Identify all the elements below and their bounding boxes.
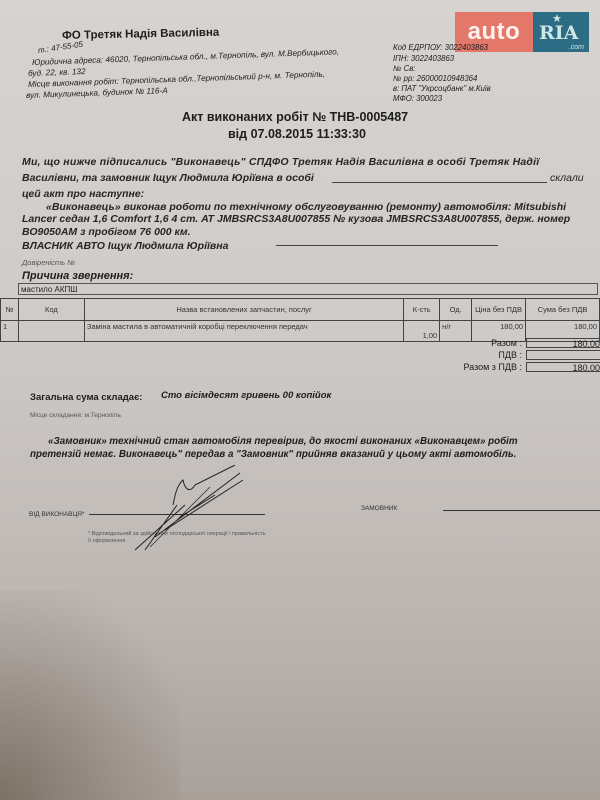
photo-shadow [0, 590, 180, 800]
total-label: Разом з ПДВ : [463, 362, 522, 372]
body-line: Василівни, та замовник Іщук Людмила Юрії… [22, 172, 314, 184]
closing-line: «Замовник» технічний стан автомобіля пер… [48, 436, 518, 447]
cell-unit: н/г [440, 321, 472, 342]
watermark-ria-text: RIA [539, 22, 578, 44]
col-header-qty: К-сть [404, 299, 440, 321]
col-header-unit: Од. [440, 299, 472, 321]
col-header-no: № [1, 299, 19, 321]
cell-name: Заміна мастила в автоматичній коробці пе… [84, 321, 403, 342]
watermark-ria-com: .com [569, 44, 584, 51]
org-phone: т.: 47-55-05 [37, 40, 83, 55]
place-of-compilation: Місце складання: м.Тернопіль [30, 412, 121, 419]
cell-qty: 1,00 [404, 321, 440, 342]
customer-signature-line [443, 510, 600, 511]
customer-label: ЗАМОВНИК [361, 505, 397, 512]
subtotal-label: Разом : [491, 338, 522, 348]
requisite-certificate: № Св: [393, 64, 415, 73]
sum-in-words: Сто вісімдесят гривень 00 копійок [161, 390, 331, 401]
col-header-name: Назва встановлених запчастин, послуг [84, 299, 403, 321]
table-header-row: № Код Назва встановлених запчастин, посл… [1, 299, 600, 321]
cell-no: 1 [1, 321, 19, 342]
owner-signature-line [276, 245, 498, 246]
total-value: 180,00 [526, 362, 600, 372]
document-date: від 07.08.2015 11:33:30 [228, 127, 366, 141]
requisite-mfo: МФО: 300023 [393, 94, 442, 103]
document-title: Акт виконаних робіт № ТНВ-0005487 [182, 110, 408, 124]
body-line: «Виконавець» виконав роботи по технічном… [46, 201, 566, 213]
col-header-price: Ціна без ПДВ [472, 299, 526, 321]
requisite-edrpou: Код ЕДРПОУ: 3022403863 [393, 43, 488, 52]
vat-value [526, 350, 600, 360]
requisite-account: № рр: 26000010948364 [393, 74, 477, 83]
body-line-end: склали [550, 172, 584, 184]
body-line: цей акт про наступне: [22, 188, 144, 200]
col-header-sum: Сума без ПДВ [526, 299, 600, 321]
power-of-attorney: Довіреність № [22, 258, 75, 267]
org-name: ФО Третяк Надія Василівна [62, 27, 220, 42]
reason-value: мастило АКПШ [18, 283, 598, 295]
body-line: ВО9050АМ з пробігом 76 000 км. [22, 226, 191, 238]
subtotal-value: 180,00 [526, 338, 600, 348]
address-line: буд. 22, кв. 132 [28, 67, 86, 78]
sum-label: Загальна сума складає: [30, 392, 142, 403]
blank-line [332, 182, 547, 183]
address-line: Юридична адреса: 46020, Тернопільська об… [32, 47, 339, 67]
reason-label: Причина звернення: [22, 270, 133, 282]
body-line: Lancer седан 1,6 Comfort 1,6 4 ст. АТ JM… [22, 213, 570, 225]
vat-label: ПДВ : [498, 350, 522, 360]
items-table: № Код Назва встановлених запчастин, посл… [0, 298, 600, 342]
watermark-ria: ★ RIA .com [533, 12, 589, 52]
watermark-auto-text: auto [468, 18, 521, 46]
requisite-ipn: ІПН: 3022403863 [393, 54, 454, 63]
closing-line: претензій немає. Виконавець" передав а "… [30, 449, 516, 460]
document-photo: auto ★ RIA .com ФО Третяк Надія Василівн… [0, 0, 600, 800]
owner-line: ВЛАСНИК АВТО Іщук Людмила Юріївна [22, 240, 228, 252]
cell-code [18, 321, 84, 342]
requisite-bank: в: ПАТ "Укрсоцбанк" м.Київ [393, 84, 491, 93]
col-header-code: Код [18, 299, 84, 321]
handwritten-signature [125, 465, 255, 555]
contractor-label: ВІД ВИКОНАВЦЯ* [29, 511, 85, 518]
body-line: Ми, що нижче підписались "Виконавець" СП… [22, 156, 539, 168]
